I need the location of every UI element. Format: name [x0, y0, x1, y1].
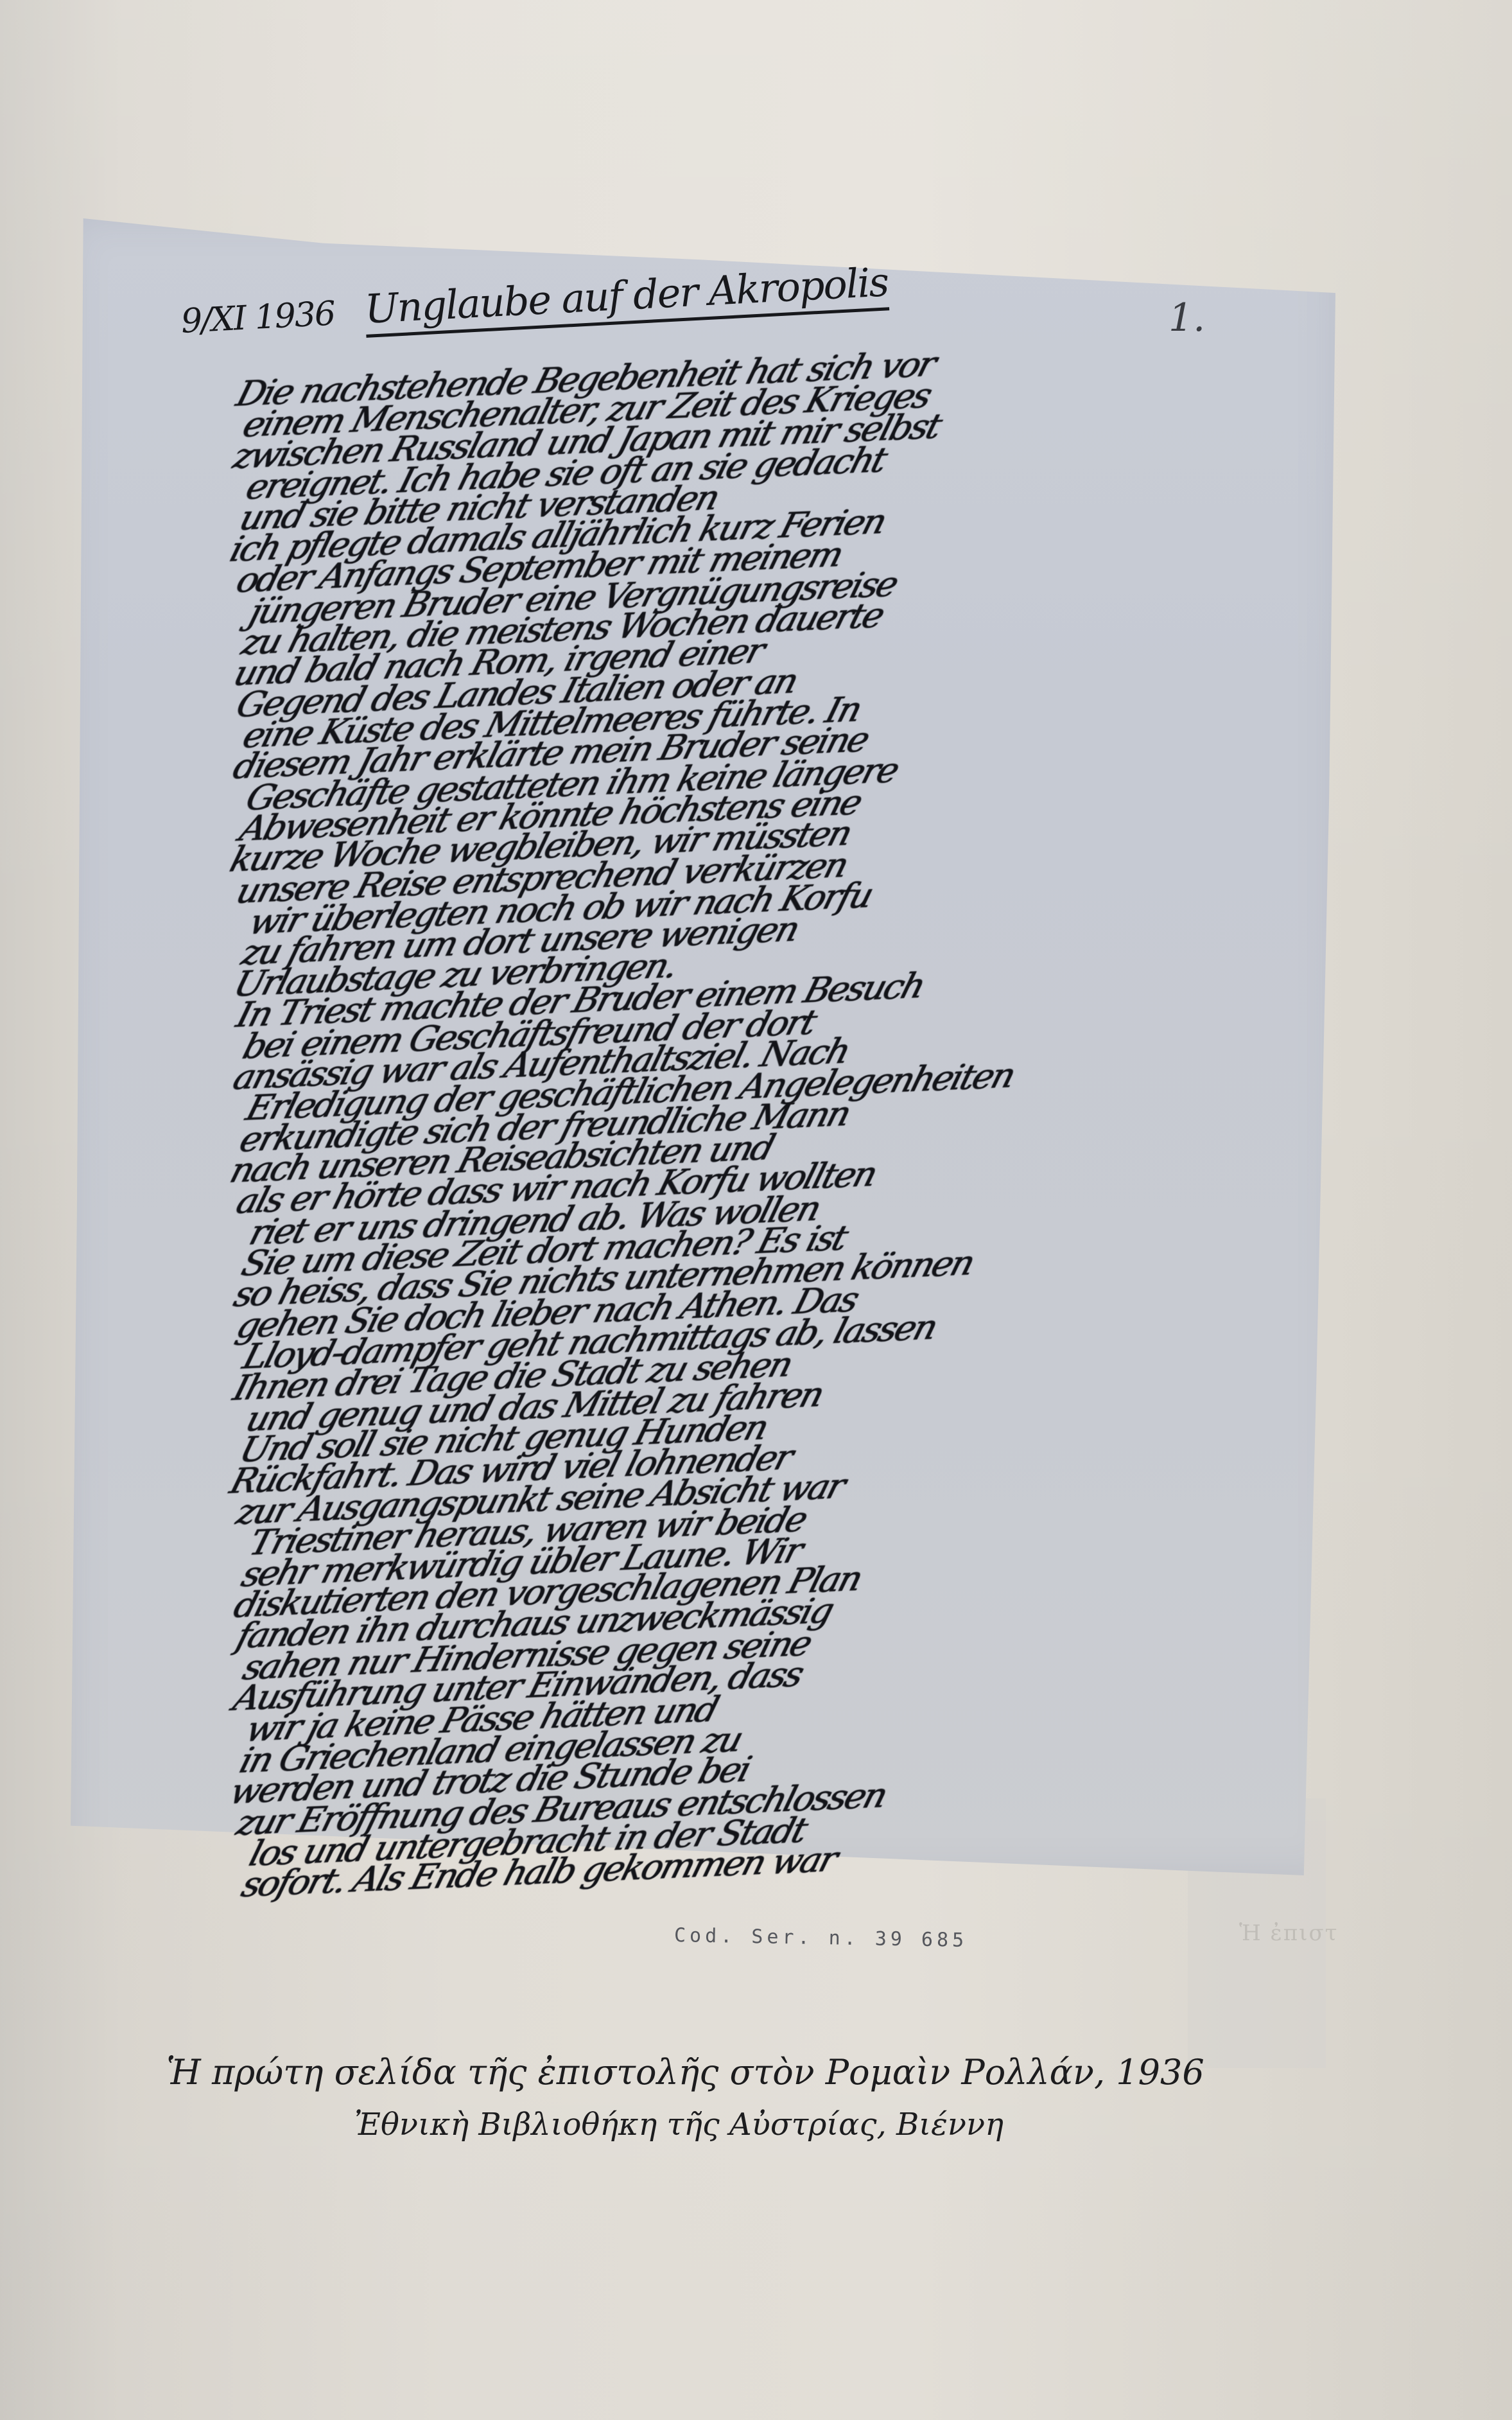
letter-body: Die nachstehende Begebenheit hat sich vo…	[238, 379, 1278, 1901]
figure-caption: Ἡ πρώτη σελίδα τῆς ἐπιστολῆς στὸν Ρομαὶν…	[0, 2052, 1441, 2092]
figure-credit: Ἐθνικὴ Βιβλιοθήκη τῆς Αὐστρίας, Βιέννη	[0, 2107, 1435, 2143]
page-number-marker: 1.	[1169, 295, 1205, 340]
library-shelfmark: Cod. Ser. n. 39 685	[674, 1924, 968, 1952]
letter-date: 9/XI 1936	[180, 294, 336, 340]
letter-header: 9/XI 1936 Unglaube auf der Akropolis	[180, 258, 889, 342]
reverse-page-bleed-text: Ἡ ἐπιστ	[1239, 1920, 1338, 1946]
letter-title: Unglaube auf der Akropolis	[363, 258, 889, 333]
handwritten-letter: 9/XI 1936 Unglaube auf der Akropolis 1. …	[71, 218, 1335, 1875]
